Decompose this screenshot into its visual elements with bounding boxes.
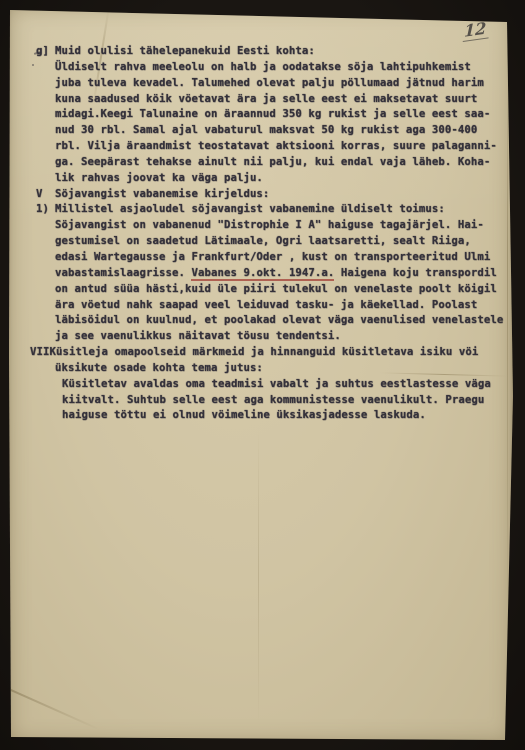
line-text: rbl. Vilja äraandmist teostatavat aktsio… xyxy=(55,140,497,152)
paper-crease xyxy=(0,684,100,731)
line-text: juba tuleva kevadel. Talumehed olevat pa… xyxy=(55,77,484,89)
typewritten-text: g]Muid olulisi tähelepanekuid Eesti koht… xyxy=(8,44,513,424)
text-line: lik rahvas joovat ka väga palju. xyxy=(8,171,513,187)
line-text: kuna saadused köik vöetavat ära ja selle… xyxy=(55,93,477,105)
line-text: Küsitletav avaldas oma teadmisi vabalt j… xyxy=(62,378,491,390)
line-text: vabastamislaagrisse. xyxy=(55,267,191,279)
text-line: läbisöidul on kuulnud, et poolakad oleva… xyxy=(8,313,513,329)
text-line: midagi.Keegi Talunaine on äraannud 350 k… xyxy=(8,107,513,123)
text-line: VSöjavangist vabanemise kirjeldus: xyxy=(8,187,513,203)
text-line: rbl. Vilja äraandmist teostatavat aktsio… xyxy=(8,139,513,155)
line-text: Söjavangist on vabanenud "Distrophie I A… xyxy=(55,219,484,231)
handwritten-page-number: 12 xyxy=(463,18,490,42)
document-page: 12 g]Muid olulisi tähelepanekuid Eesti k… xyxy=(8,6,513,743)
line-text: gestumisel on saadetud Lätimaale, Ogri l… xyxy=(55,235,471,247)
text-line: gestumisel on saadetud Lätimaale, Ogri l… xyxy=(8,234,513,250)
section-marker: 1) xyxy=(36,202,49,218)
text-line: ga. Seepärast tehakse ainult nii palju, … xyxy=(8,155,513,171)
text-line: Küsitletav avaldas oma teadmisi vabalt j… xyxy=(8,377,513,393)
line-text: edasi Wartegausse ja Frankfurt/Oder , ku… xyxy=(55,251,490,263)
section-marker: VII xyxy=(30,346,50,358)
text-line: ja see vaenulikkus näitavat töusu tenden… xyxy=(8,329,513,345)
line-text: kiitvalt. Suhtub selle eest aga kommunis… xyxy=(62,394,484,406)
line-text: ja see vaenulikkus näitavat töusu tenden… xyxy=(55,330,341,342)
line-text: nud 30 rbl. Samal ajal vabaturul maksvat… xyxy=(55,124,477,136)
section-marker: V xyxy=(36,187,43,203)
line-text: ga. Seepärast tehakse ainult nii palju, … xyxy=(55,156,490,168)
text-line: kiitvalt. Suhtub selle eest aga kommunis… xyxy=(8,393,513,409)
line-text: haiguse töttu ei olnud vöimeline üksikas… xyxy=(62,409,426,421)
line-text: Küsitleja omapoolseid märkmeid ja hinnan… xyxy=(50,346,479,358)
line-text: Üldiselt rahva meeleolu on halb ja oodat… xyxy=(55,61,471,73)
line-text: Millistel asjaoludel söjavangist vabanem… xyxy=(55,203,445,215)
text-line: g]Muid olulisi tähelepanekuid Eesti koht… xyxy=(8,44,513,60)
line-text: üksikute osade kohta tema jutus: xyxy=(55,362,263,374)
paper-fold-line xyxy=(258,426,259,726)
text-line: haiguse töttu ei olnud vöimeline üksikas… xyxy=(8,408,513,424)
text-line: Söjavangist on vabanenud "Distrophie I A… xyxy=(8,218,513,234)
text-line: vabastamislaagrisse. Vabanes 9.okt. 1947… xyxy=(8,266,513,282)
text-line: ära vöetud nahk saapad veel leiduvad tas… xyxy=(8,298,513,314)
scan-background: 12 g]Muid olulisi tähelepanekuid Eesti k… xyxy=(0,0,525,750)
line-text: on antud süüa hästi,kuid üle piiri tulek… xyxy=(55,283,497,295)
line-text: Söjavangist vabanemise kirjeldus: xyxy=(55,188,269,200)
text-line: 1)Millistel asjaoludel söjavangist vaban… xyxy=(8,202,513,218)
text-line: nud 30 rbl. Samal ajal vabaturul maksvat… xyxy=(8,123,513,139)
text-line: juba tuleva kevadel. Talumehed olevat pa… xyxy=(8,76,513,92)
text-line: VIIKüsitleja omapoolseid märkmeid ja hin… xyxy=(8,345,513,361)
text-line: kuna saadused köik vöetavat ära ja selle… xyxy=(8,92,513,108)
text-line: on antud süüa hästi,kuid üle piiri tulek… xyxy=(8,282,513,298)
section-marker: g] xyxy=(36,44,49,60)
text-line: Üldiselt rahva meeleolu on halb ja oodat… xyxy=(8,60,513,76)
line-text: läbisöidul on kuulnud, et poolakad oleva… xyxy=(55,314,503,326)
line-text: lik rahvas joovat ka väga palju. xyxy=(55,172,263,184)
text-line: üksikute osade kohta tema jutus: xyxy=(8,361,513,377)
line-text: ära vöetud nahk saapad veel leiduvad tas… xyxy=(55,299,477,311)
underlined-release-date: Vabanes 9.okt. 1947.a. xyxy=(191,267,334,282)
text-line: edasi Wartegausse ja Frankfurt/Oder , ku… xyxy=(8,250,513,266)
line-text: Haigena koju transpordil xyxy=(334,267,496,279)
line-text: midagi.Keegi Talunaine on äraannud 350 k… xyxy=(55,108,490,120)
line-text: Muid olulisi tähelepanekuid Eesti kohta: xyxy=(55,45,315,57)
